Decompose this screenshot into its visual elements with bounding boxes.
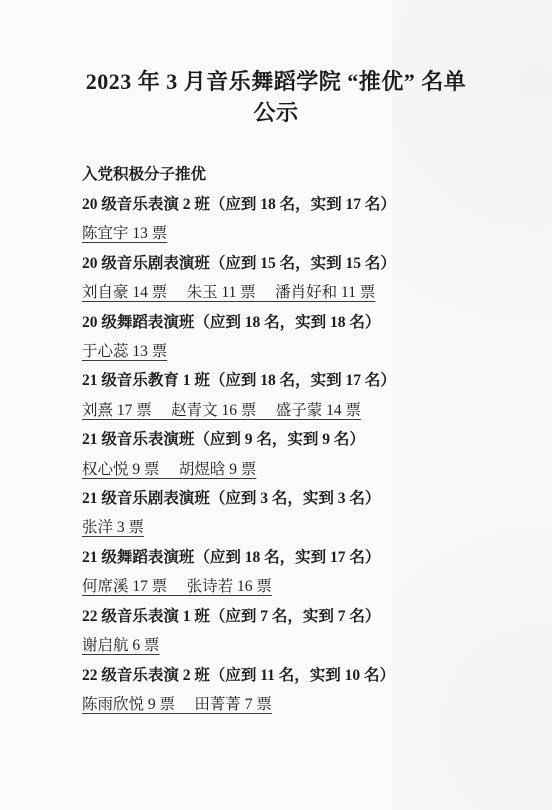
page-title-line2: 公示 (253, 100, 298, 125)
class-line: 21 级音乐表演班（应到 9 名，实到 9 名） (82, 425, 494, 454)
name-votes: 刘自豪 14 票 朱玉 11 票 潘肖好和 11 票 (82, 284, 375, 301)
name-votes: 张洋 3 票 (82, 519, 144, 536)
names-line: 陈雨欣悦 9 票 田菁菁 7 票 (82, 690, 494, 719)
class-section: 20 级舞蹈表演班（应到 18 名，实到 18 名） 于心蕊 13 票 (82, 308, 494, 367)
class-line: 20 级音乐表演 2 班（应到 18 名，实到 17 名） (82, 190, 494, 219)
name-votes: 陈宜宇 13 票 (82, 225, 167, 242)
name-votes: 谢启航 6 票 (82, 637, 160, 654)
name-votes: 何席溪 17 票 张诗若 16 票 (82, 578, 272, 595)
name-votes: 刘熹 17 票 赵青文 16 票 盛子蒙 14 票 (82, 402, 361, 419)
names-line: 谢启航 6 票 (82, 631, 494, 660)
scanned-document-page: 2023 年 3 月音乐舞蹈学院 “推优” 名单 公示 入党积极分子推优 20 … (0, 0, 552, 810)
name-votes: 陈雨欣悦 9 票 田菁菁 7 票 (82, 696, 272, 713)
class-line: 20 级舞蹈表演班（应到 18 名，实到 18 名） (82, 308, 494, 337)
names-line: 何席溪 17 票 张诗若 16 票 (82, 572, 494, 601)
page-title: 2023 年 3 月音乐舞蹈学院 “推优” 名单 公示 (0, 0, 552, 128)
class-section: 22 级音乐表演 1 班（应到 7 名，实到 7 名） 谢启航 6 票 (82, 602, 494, 661)
names-line: 陈宜宇 13 票 (82, 219, 494, 248)
class-section: 22 级音乐表演 2 班（应到 11 名，实到 10 名） 陈雨欣悦 9 票 田… (82, 661, 494, 720)
name-votes: 权心悦 9 票 胡煜晗 9 票 (82, 461, 256, 478)
section-heading: 入党积极分子推优 (82, 160, 494, 190)
class-line: 21 级音乐教育 1 班（应到 18 名，实到 17 名） (82, 366, 494, 395)
class-line: 21 级音乐剧表演班（应到 3 名，实到 3 名） (82, 484, 494, 513)
names-line: 张洋 3 票 (82, 513, 494, 542)
document-body: 入党积极分子推优 20 级音乐表演 2 班（应到 18 名，实到 17 名） 陈… (0, 160, 552, 719)
sections-list: 20 级音乐表演 2 班（应到 18 名，实到 17 名） 陈宜宇 13 票 2… (82, 190, 494, 719)
page-title-line1: 2023 年 3 月音乐舞蹈学院 “推优” 名单 (86, 69, 467, 94)
class-section: 21 级音乐表演班（应到 9 名，实到 9 名） 权心悦 9 票 胡煜晗 9 票 (82, 425, 494, 484)
class-section: 21 级音乐剧表演班（应到 3 名，实到 3 名） 张洋 3 票 (82, 484, 494, 543)
names-line: 刘自豪 14 票 朱玉 11 票 潘肖好和 11 票 (82, 278, 494, 307)
names-line: 于心蕊 13 票 (82, 337, 494, 366)
class-section: 21 级舞蹈表演班（应到 18 名，实到 17 名） 何席溪 17 票 张诗若 … (82, 543, 494, 602)
names-line: 权心悦 9 票 胡煜晗 9 票 (82, 455, 494, 484)
class-line: 21 级舞蹈表演班（应到 18 名，实到 17 名） (82, 543, 494, 572)
class-line: 22 级音乐表演 1 班（应到 7 名，实到 7 名） (82, 602, 494, 631)
class-line: 20 级音乐剧表演班（应到 15 名，实到 15 名） (82, 249, 494, 278)
class-section: 20 级音乐剧表演班（应到 15 名，实到 15 名） 刘自豪 14 票 朱玉 … (82, 249, 494, 308)
name-votes: 于心蕊 13 票 (82, 343, 167, 360)
class-line: 22 级音乐表演 2 班（应到 11 名，实到 10 名） (82, 661, 494, 690)
class-section: 20 级音乐表演 2 班（应到 18 名，实到 17 名） 陈宜宇 13 票 (82, 190, 494, 249)
class-section: 21 级音乐教育 1 班（应到 18 名，实到 17 名） 刘熹 17 票 赵青… (82, 366, 494, 425)
names-line: 刘熹 17 票 赵青文 16 票 盛子蒙 14 票 (82, 396, 494, 425)
